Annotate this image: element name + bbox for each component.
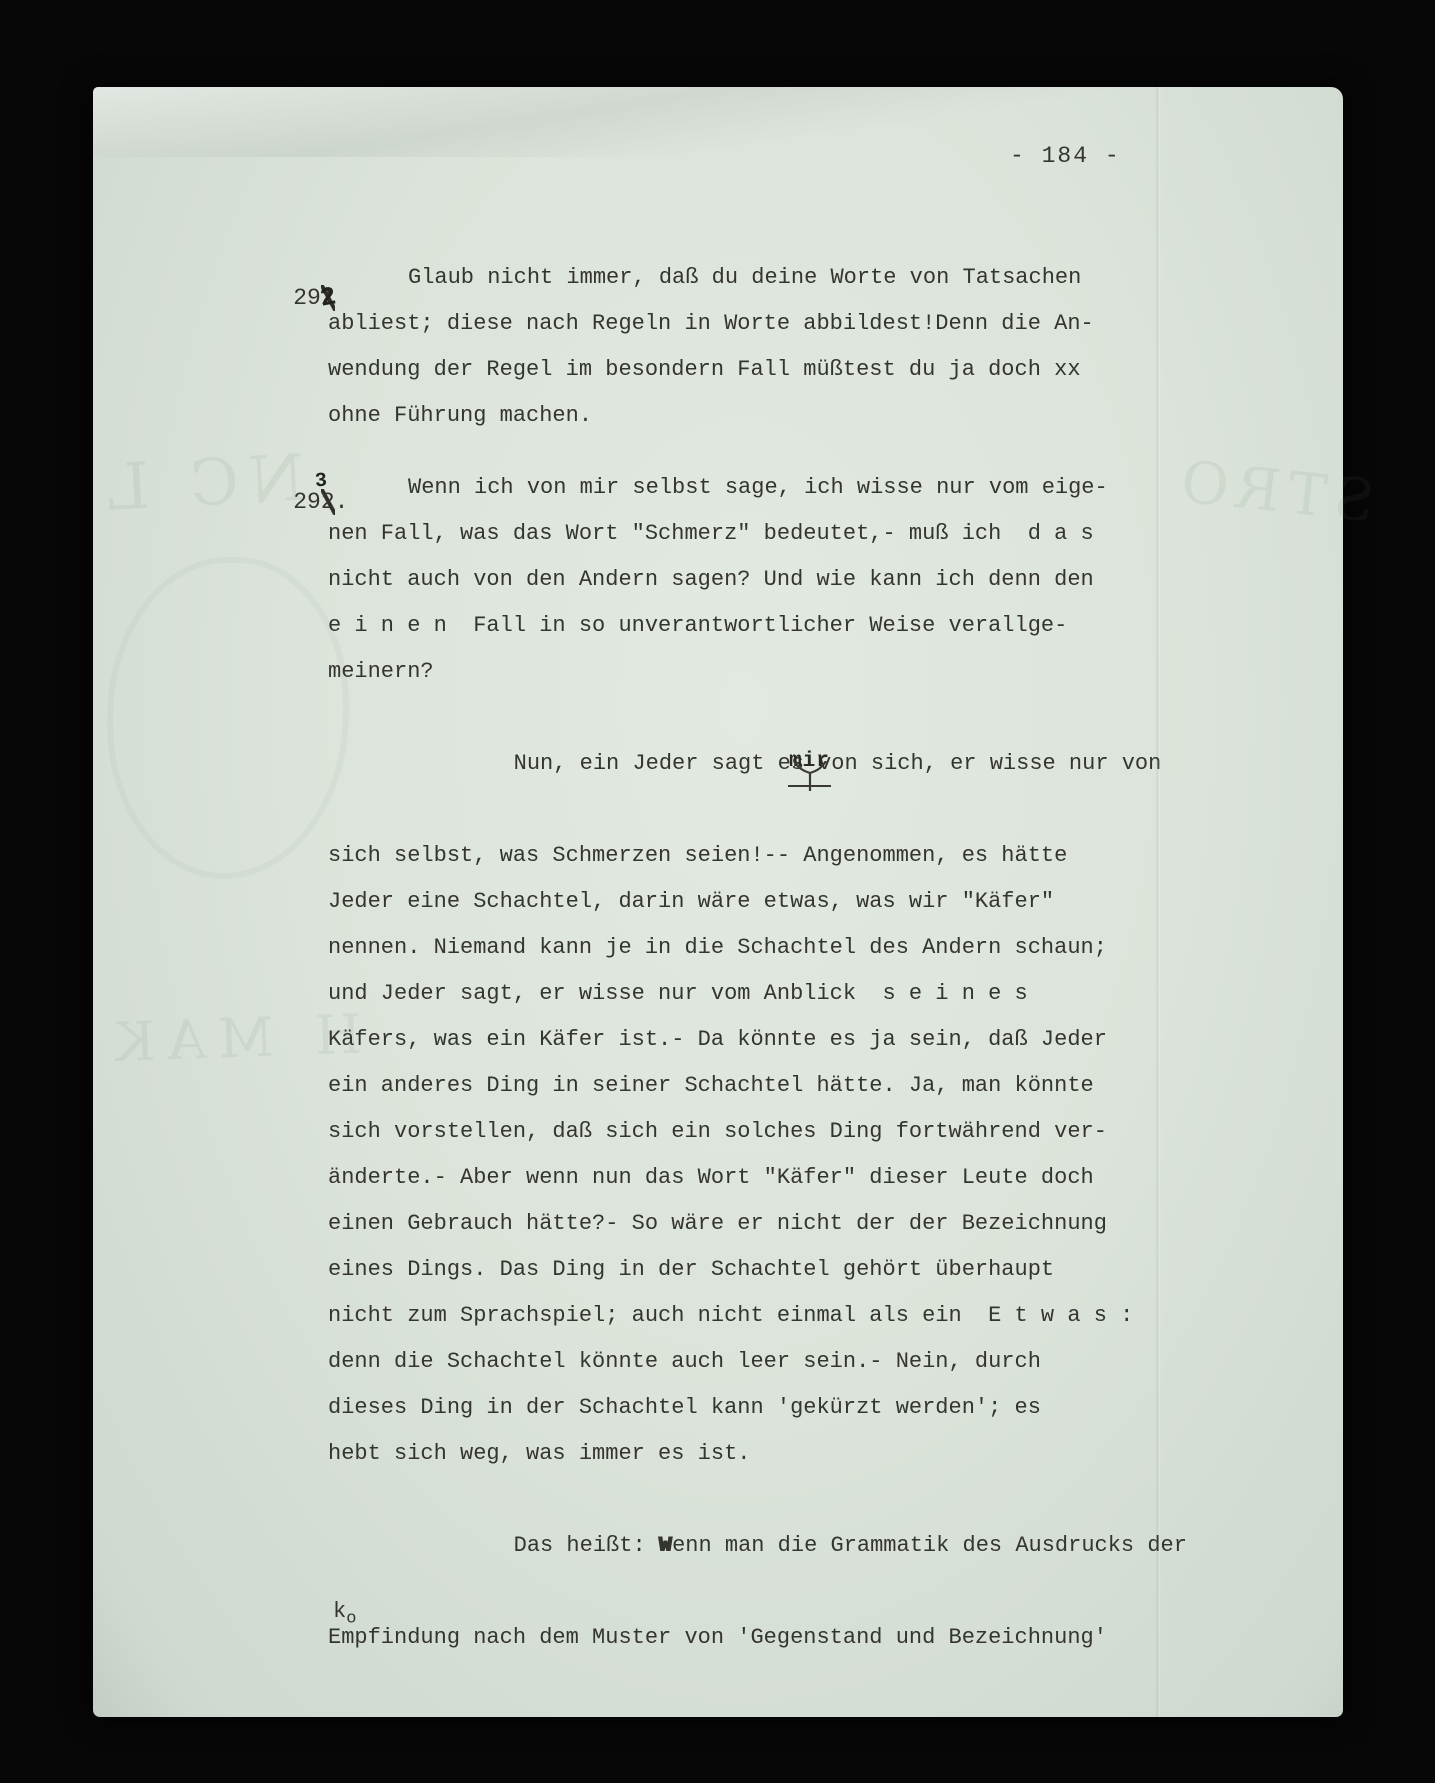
catchword: ko: [333, 1599, 356, 1628]
line-segment: von sich, er wisse nur von: [818, 751, 1161, 776]
typescript-line: sich vorstellen, daß sich ein solches Di…: [328, 1109, 1188, 1155]
line-segment: Das heißt:: [514, 1533, 659, 1558]
typescript-page: NC L STRO H MAK - 184 - 2912 2923. Glaub…: [93, 87, 1343, 1717]
handwritten-correction: 3: [314, 470, 328, 494]
insertion-point: mir: [804, 768, 818, 769]
typescript-line: Wenn ich von mir selbst sage, ich wisse …: [328, 465, 1188, 511]
line-segment: enn man die Grammatik des Ausdrucks der: [672, 1533, 1187, 1558]
typescript-line: nicht zum Sprachspiel; auch nicht einmal…: [328, 1293, 1188, 1339]
typescript-line: denn die Schachtel könnte auch leer sein…: [328, 1339, 1188, 1385]
typescript-line: nicht auch von den Andern sagen? Und wie…: [328, 557, 1188, 603]
paragraph-2: Wenn ich von mir selbst sage, ich wisse …: [328, 465, 1188, 695]
typescript-line: Empfindung nach dem Muster von 'Gegensta…: [328, 1615, 1188, 1661]
typescript-line: ohne Führung machen.: [328, 393, 1188, 439]
typescript-text: Glaub nicht immer, daß du deine Worte vo…: [328, 255, 1188, 1661]
overtyped-letter: W: [659, 1533, 672, 1558]
line-segment: Nun, ein Jeder sagt es: [514, 751, 804, 776]
typescript-line: änderte.- Aber wenn nun das Wort "Käfer"…: [328, 1155, 1188, 1201]
paragraph-3-beetle: Nun, ein Jeder sagt esmirvon sich, er wi…: [328, 695, 1188, 1477]
typescript-line: dieses Ding in der Schachtel kann 'gekür…: [328, 1385, 1188, 1431]
typescript-line-with-overtype: Das heißt: Wenn man die Grammatik des Au…: [328, 1477, 1188, 1615]
typescript-line-with-insertion: Nun, ein Jeder sagt esmirvon sich, er wi…: [328, 695, 1188, 833]
catchword-letter: k: [333, 1599, 346, 1624]
show-through-ring: [107, 557, 349, 879]
typescript-line: sich selbst, was Schmerzen seien!-- Ange…: [328, 833, 1188, 879]
typescript-line: meinern?: [328, 649, 1188, 695]
section-number-prefix: 29: [293, 285, 321, 311]
typescript-line: nen Fall, was das Wort "Schmerz" bedeute…: [328, 511, 1188, 557]
catchword-subscript: o: [346, 1609, 356, 1628]
typescript-line: nennen. Niemand kann je in die Schachtel…: [328, 925, 1188, 971]
typescript-line: abliest; diese nach Regeln in Worte abbi…: [328, 301, 1188, 347]
insertion-caret-icon: [791, 761, 829, 791]
typescript-line: Glaub nicht immer, daß du deine Worte vo…: [328, 255, 1188, 301]
typescript-line: und Jeder sagt, er wisse nur vom Anblick…: [328, 971, 1188, 1017]
typescript-line: hebt sich weg, was immer es ist.: [328, 1431, 1188, 1477]
typescript-line: eines Dings. Das Ding in der Schachtel g…: [328, 1247, 1188, 1293]
show-through-mark: STRO: [1170, 447, 1378, 536]
typescript-line: Käfers, was ein Käfer ist.- Da könnte es…: [328, 1017, 1188, 1063]
typescript-line: wendung der Regel im besondern Fall müßt…: [328, 347, 1188, 393]
typescript-line: Jeder eine Schachtel, darin wäre etwas, …: [328, 879, 1188, 925]
typescript-line: ein anderes Ding in seiner Schachtel hät…: [328, 1063, 1188, 1109]
paragraph-4: Das heißt: Wenn man die Grammatik des Au…: [328, 1477, 1188, 1661]
show-through-mark: H MAK: [102, 1003, 363, 1075]
section-number-291-corrected: 2912: [238, 259, 335, 337]
paragraph-1: Glaub nicht immer, daß du deine Worte vo…: [328, 255, 1188, 439]
typescript-line: einen Gebrauch hätte?- So wäre er nicht …: [328, 1201, 1188, 1247]
typescript-line: e i n e n Fall in so unverantwortlicher …: [328, 603, 1188, 649]
page-number: - 184 -: [1010, 143, 1121, 169]
